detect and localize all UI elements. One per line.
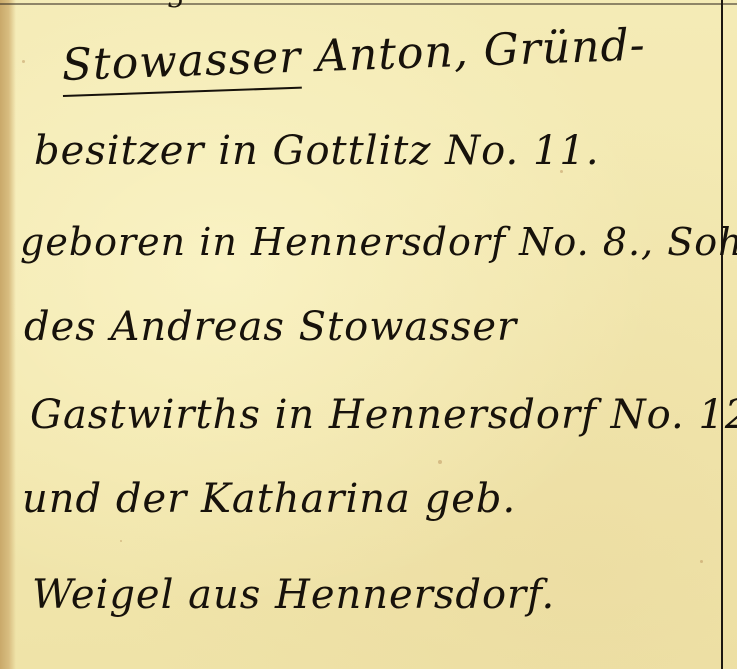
right-column-rule xyxy=(721,0,723,669)
entry-line-7: Weigel aus Hennersdorf. xyxy=(32,572,555,618)
entry-line-text: Anton, Gründ- xyxy=(300,20,646,83)
entry-surname: Stowasser xyxy=(61,32,302,97)
entry-line-3: geboren in Hennersdorf No. 8., Sohn xyxy=(20,220,737,264)
entry-line-4: des Andreas Stowasser xyxy=(24,304,517,350)
register-entry: Stowasser Anton, Gründ- besitzer in Gott… xyxy=(0,0,720,669)
register-page: 3 Stowasser Anton, Gründ- besitzer in Go… xyxy=(0,0,737,669)
entry-line-5: Gastwirths in Hennersdorf No. 12. xyxy=(30,392,737,438)
entry-line-6: und der Katharina geb. xyxy=(22,476,516,522)
entry-line-1: Stowasser Anton, Gründ- xyxy=(61,20,647,97)
entry-line-2: besitzer in Gottlitz No. 11. xyxy=(34,128,600,174)
